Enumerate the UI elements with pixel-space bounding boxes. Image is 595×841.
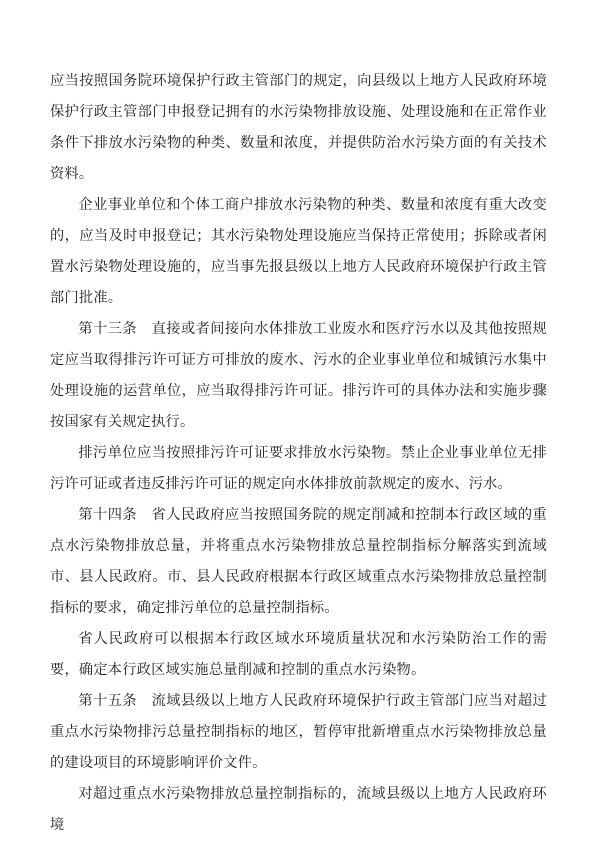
- paragraph-continuation: 应当按照国务院环境保护行政主管部门的规定，向县级以上地方人民政府环境保护行政主管…: [50, 66, 547, 190]
- paragraph-article-14: 第十四条 省人民政府应当按照国务院的规定削减和控制本行政区域的重点水污染物排放总…: [50, 500, 547, 624]
- paragraph-article-15: 第十五条 流域县级以上地方人民政府环境保护行政主管部门应当对超过重点水污染物排污…: [50, 686, 547, 779]
- paragraph-declaration-change: 企业事业单位和个体工商户排放水污染物的种类、数量和浓度有重大改变的，应当及时申报…: [50, 190, 547, 314]
- paragraph-exceeding-quota: 对超过重点水污染物排放总量控制指标的，流域县级以上地方人民政府环境: [50, 779, 547, 841]
- paragraph-key-pollutants: 省人民政府可以根据本行政区域水环境质量状况和水污染防治工作的需要，确定本行政区域…: [50, 624, 547, 686]
- document-body: 应当按照国务院环境保护行政主管部门的规定，向县级以上地方人民政府环境保护行政主管…: [50, 66, 547, 841]
- paragraph-article-13: 第十三条 直接或者间接向水体排放工业废水和医疗污水以及其他按照规定应当取得排污许…: [50, 314, 547, 438]
- paragraph-permit-requirement: 排污单位应当按照排污许可证要求排放水污染物。禁止企业事业单位无排污许可证或者违反…: [50, 438, 547, 500]
- document-page: 应当按照国务院环境保护行政主管部门的规定，向县级以上地方人民政府环境保护行政主管…: [0, 0, 595, 841]
